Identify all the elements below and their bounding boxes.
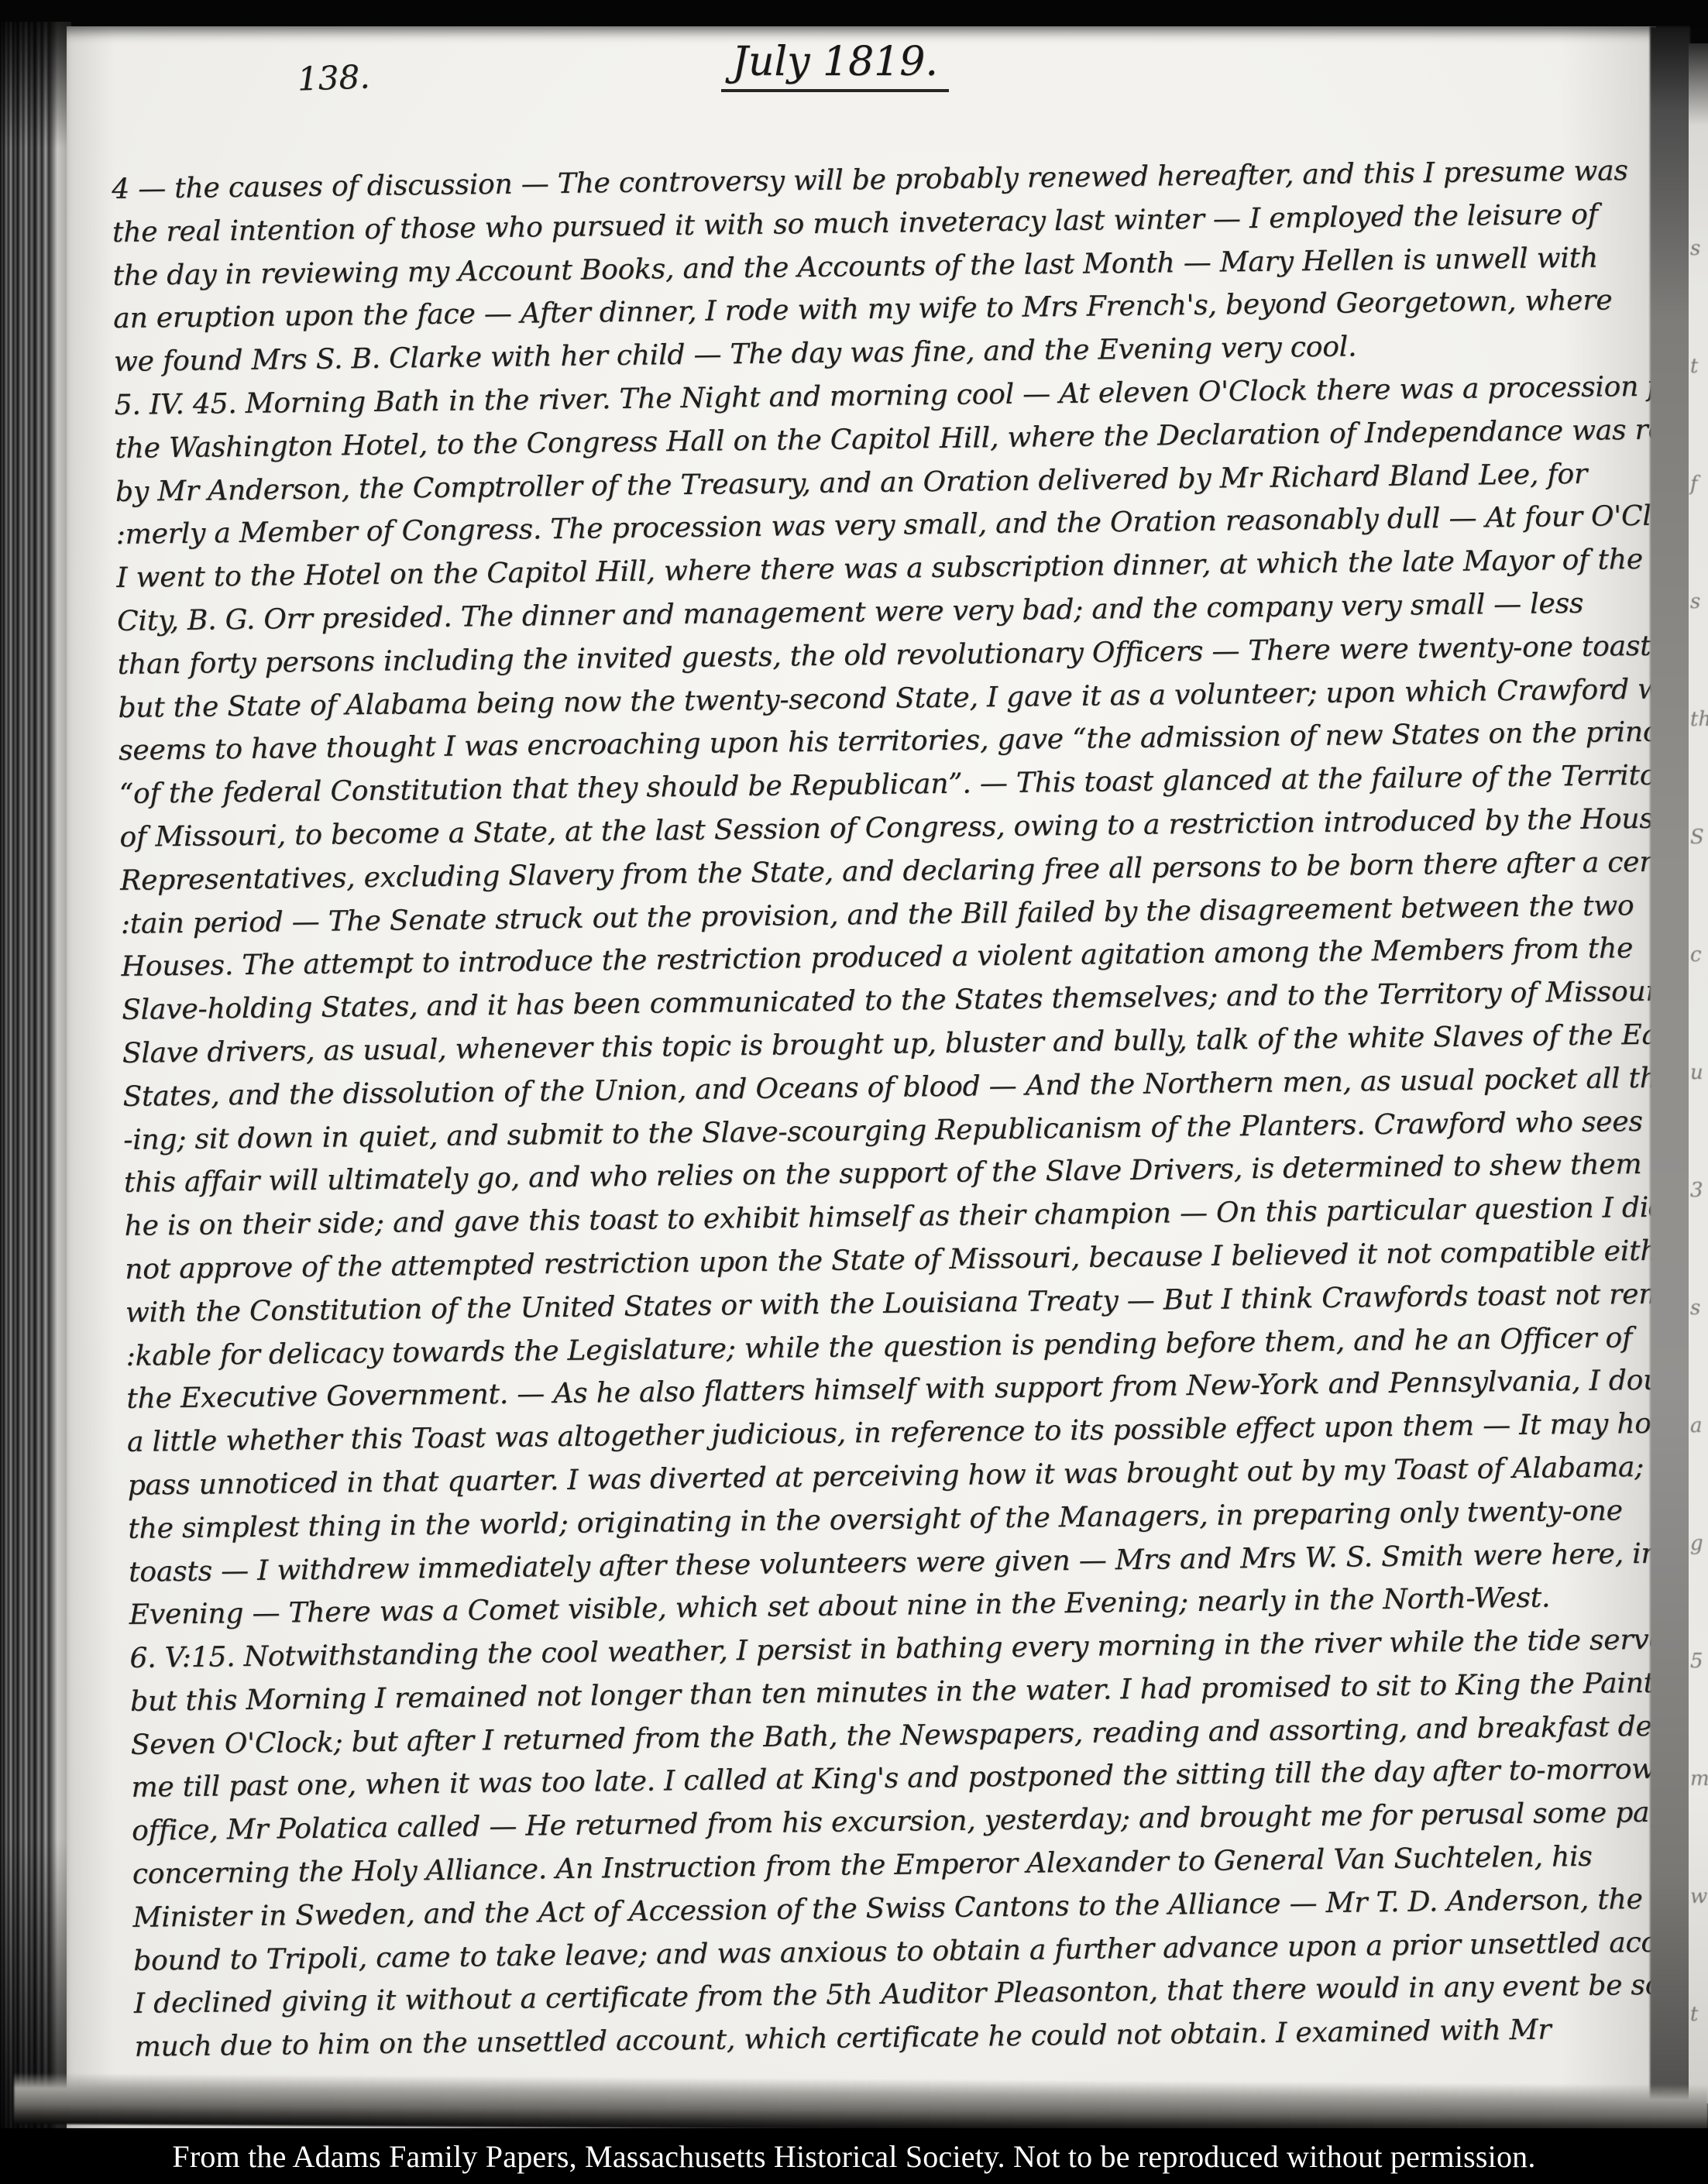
manuscript-page: 138. July 1819. 4 — the causes of discus… (67, 26, 1656, 2128)
caption-text: From the Adams Family Papers, Massachuse… (172, 2138, 1535, 2175)
edge-text-fragment: t (1690, 2003, 1708, 2026)
edge-text-fragment: t (1690, 355, 1708, 378)
edge-text-fragment: 5 (1690, 1650, 1708, 1673)
edge-text-fragment: a (1690, 1414, 1708, 1437)
edge-text-fragment: s (1690, 1296, 1708, 1320)
diary-text: 4 — the causes of discussion — The contr… (112, 155, 1672, 2075)
photo-top-border (0, 0, 1708, 29)
adjacent-page-edge: stfsthScu3sag5mwt (1689, 43, 1708, 2103)
page-header-wrap: July 1819. (67, 39, 1656, 92)
page-gutter-shadow (1650, 26, 1690, 2128)
edge-text-fragment: S (1690, 826, 1708, 849)
edge-text-fragment: 3 (1690, 1179, 1708, 1202)
page-header: July 1819. (721, 39, 949, 92)
edge-text-fragment: s (1690, 590, 1708, 613)
edge-text-fragment: m (1690, 1767, 1708, 1791)
edge-text-fragment: w (1690, 1885, 1708, 1908)
edge-text-fragment: g (1690, 1532, 1708, 1555)
edge-text-fragment: th (1690, 708, 1708, 731)
book-binding-edge (0, 22, 71, 2133)
manuscript-scan: 138. July 1819. 4 — the causes of discus… (0, 0, 1708, 2184)
edge-text-fragment: f (1690, 472, 1708, 496)
edge-text-fragment: u (1690, 1061, 1708, 1084)
edge-text-fragment: s (1690, 237, 1708, 260)
edge-text-fragment: c (1690, 943, 1708, 967)
caption-bar: From the Adams Family Papers, Massachuse… (0, 2128, 1708, 2184)
